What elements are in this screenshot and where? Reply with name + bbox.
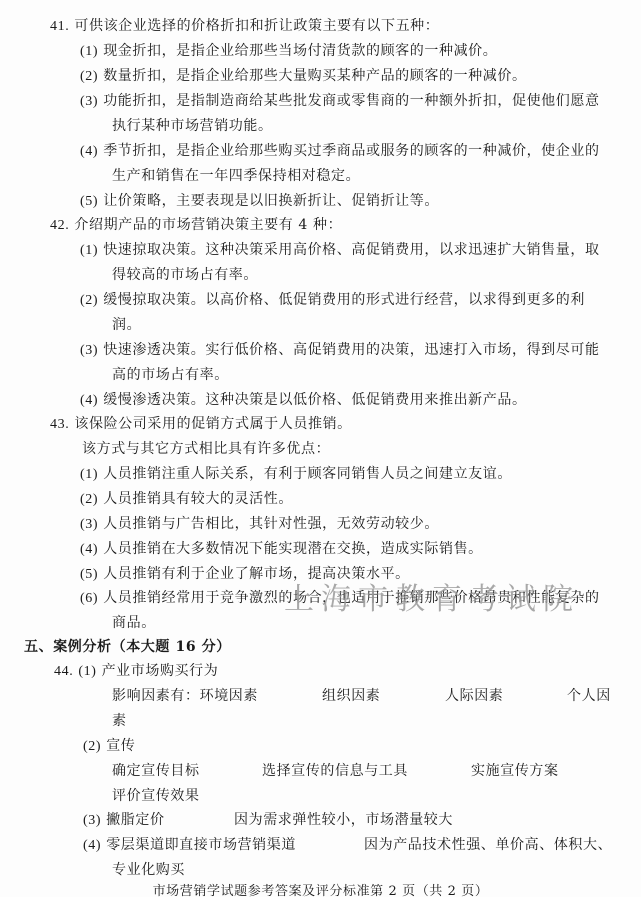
q44-factor-organization: 组织因素 — [322, 687, 380, 705]
q43-intro: 该方式与其它方式相比具有许多优点： — [82, 440, 330, 458]
q43-stem-text: 该保险公司采用的促销方式属于人员推销。 — [74, 416, 351, 432]
q44-part-3-answer: 撇脂定价 — [106, 812, 164, 828]
q42-item-4: (4) 缓慢渗透决策。这种决策是以低价格、低促销费用来推出新产品。 — [80, 391, 527, 410]
item-label: (3) — [80, 516, 98, 534]
q42-item-3: (3) 快速渗透决策。实行低价格、高促销费用的决策，迅速打入市场，得到尽可能 — [80, 341, 600, 360]
q44-part-4-reason: 因为产品技术性强、单价高、体积大、 — [364, 836, 612, 854]
q41-item-2: (2) 数量折扣，是指企业给那些大量购买某种产品的顾客的一种减价。 — [80, 67, 527, 86]
q41-item-4: (4) 季节折扣，是指企业给那些购买过季商品或服务的顾客的一种减价，使企业的 — [80, 142, 600, 161]
q44-number: 44. — [54, 663, 73, 681]
q44-part-1-title: 产业市场购买行为 — [102, 663, 219, 679]
q44-factor-interpersonal: 人际因素 — [445, 687, 503, 705]
item-label: (3) — [80, 93, 98, 111]
q41-number: 41. — [50, 18, 69, 36]
q44-part-2-title: 宣传 — [106, 738, 135, 754]
q44-factor-individual: 个人因 — [567, 687, 611, 705]
q41-item-4-cont: 生产和销售在一年四季保持相对稳定。 — [112, 167, 360, 185]
item-text: 快速掠取决策。这种决策采用高价格、高促销费用，以求迅速扩大销售量，取 — [103, 242, 599, 258]
item-text: 让价策略，主要表现是以旧换新折让、促销折让等。 — [103, 193, 439, 209]
q44-part-4-answer: 零层渠道即直接市场营销渠道 — [106, 837, 296, 853]
item-label: (3) — [80, 342, 98, 360]
q41-stem-text: 可供该企业选择的价格折扣和折让政策主要有以下五种： — [74, 18, 439, 34]
q41-stem: 41. 可供该企业选择的价格折扣和折让政策主要有以下五种： — [50, 17, 439, 36]
q43-item-2: (2) 人员推销具有较大的灵活性。 — [80, 490, 293, 509]
item-label: (1) — [80, 242, 98, 260]
item-label: (1) — [80, 466, 98, 484]
q43-item-1: (1) 人员推销注重人际关系，有利于顾客同销售人员之间建立友谊。 — [80, 465, 512, 484]
item-text: 快速渗透决策。实行低价格、高促销费用的决策，迅速打入市场，得到尽可能 — [103, 342, 599, 358]
item-label: (5) — [80, 566, 98, 584]
q43-item-4: (4) 人员推销在大多数情况下能实现潜在交换，造成实际销售。 — [80, 540, 483, 559]
q44-part-2: (2) 宣传 — [83, 737, 135, 756]
q44-part-1: 44. (1) 产业市场购买行为 — [54, 662, 218, 681]
q44-step-4: 评价宣传效果 — [112, 787, 200, 805]
q41-item-3: (3) 功能折扣，是指制造商给某些批发商或零售商的一种额外折扣，促使他们愿意 — [80, 92, 600, 111]
document-page: 41. 可供该企业选择的价格折扣和折让政策主要有以下五种： (1) 现金折扣，是… — [0, 0, 641, 897]
item-text: 季节折扣，是指企业给那些购买过季商品或服务的顾客的一种减价，使企业的 — [103, 143, 599, 159]
item-label: (4) — [80, 541, 98, 559]
q44-step-1: 确定宣传目标 — [112, 762, 200, 780]
item-text: 缓慢渗透决策。这种决策是以低价格、低促销费用来推出新产品。 — [103, 392, 526, 408]
q42-stem-text: 介绍期产品的市场营销决策主要有 4 种： — [74, 217, 342, 233]
q44-factor-wrap: 素 — [112, 712, 127, 730]
item-label: (2) — [80, 491, 98, 509]
item-label: (1) — [78, 663, 96, 681]
item-label: (2) — [80, 68, 98, 86]
item-label: (2) — [83, 738, 101, 756]
q41-item-1: (1) 现金折扣，是指企业给那些当场付清货款的顾客的一种减价。 — [80, 42, 497, 61]
q42-item-1-cont: 得较高的市场占有率。 — [112, 266, 258, 284]
item-text: 人员推销具有较大的灵活性。 — [103, 491, 293, 507]
item-text: 缓慢掠取决策。以高价格、低促销费用的形式进行经营，以求得到更多的利 — [103, 292, 585, 308]
item-text: 人员推销与广告相比，其针对性强，无效劳动较少。 — [103, 516, 439, 532]
q42-item-1: (1) 快速掠取决策。这种决策采用高价格、高促销费用，以求迅速扩大销售量，取 — [80, 241, 600, 260]
item-label: (4) — [83, 837, 101, 855]
item-text: 功能折扣，是指制造商给某些批发商或零售商的一种额外折扣，促使他们愿意 — [103, 93, 599, 109]
q42-stem: 42. 介绍期产品的市场营销决策主要有 4 种： — [50, 216, 342, 235]
q43-stem: 43. 该保险公司采用的促销方式属于人员推销。 — [50, 415, 352, 434]
q43-item-3: (3) 人员推销与广告相比，其针对性强，无效劳动较少。 — [80, 515, 439, 534]
item-label: (2) — [80, 292, 98, 310]
q43-number: 43. — [50, 416, 69, 434]
q42-item-3-cont: 高的市场占有率。 — [112, 366, 229, 384]
item-label: (4) — [80, 392, 98, 410]
q44-part-4: (4) 零层渠道即直接市场营销渠道 — [83, 836, 296, 855]
item-label: (3) — [83, 812, 101, 830]
item-text: 人员推销在大多数情况下能实现潜在交换，造成实际销售。 — [103, 541, 483, 557]
item-label: (4) — [80, 143, 98, 161]
q42-item-2-cont: 润。 — [112, 316, 141, 334]
q44-part-3-reason: 因为需求弹性较小，市场潜量较大 — [234, 811, 453, 829]
q44-part-4-reason-wrap: 专业化购买 — [112, 861, 185, 879]
q44-factor-prefix: 影响因素有：环境因素 — [112, 687, 258, 705]
item-text: 现金折扣，是指企业给那些当场付清货款的顾客的一种减价。 — [103, 43, 497, 59]
item-text: 数量折扣，是指企业给那些大量购买某种产品的顾客的一种减价。 — [103, 68, 526, 84]
watermark-stamp: 上海市教育考试院 — [284, 582, 580, 618]
q42-number: 42. — [50, 217, 69, 235]
q41-item-5: (5) 让价策略，主要表现是以旧换新折让、促销折让等。 — [80, 192, 439, 211]
section-5-heading: 五、案例分析（本大题 16 分） — [24, 638, 231, 656]
q41-item-3-cont: 执行某种市场营销功能。 — [112, 117, 273, 135]
item-label: (6) — [80, 590, 98, 608]
item-text: 人员推销注重人际关系，有利于顾客同销售人员之间建立友谊。 — [103, 466, 512, 482]
page-footer: 市场营销学试题参考答案及评分标准第 2 页（共 2 页） — [0, 880, 641, 897]
q43-item-6-cont: 商品。 — [112, 614, 156, 632]
q42-item-2: (2) 缓慢掠取决策。以高价格、低促销费用的形式进行经营，以求得到更多的利 — [80, 291, 585, 310]
q44-part-3: (3) 撇脂定价 — [83, 811, 165, 830]
item-label: (5) — [80, 193, 98, 211]
item-text: 人员推销有利于企业了解市场，提高决策水平。 — [103, 566, 410, 582]
q44-step-2: 选择宣传的信息与工具 — [262, 762, 408, 780]
q44-step-3: 实施宣传方案 — [471, 762, 559, 780]
item-label: (1) — [80, 43, 98, 61]
